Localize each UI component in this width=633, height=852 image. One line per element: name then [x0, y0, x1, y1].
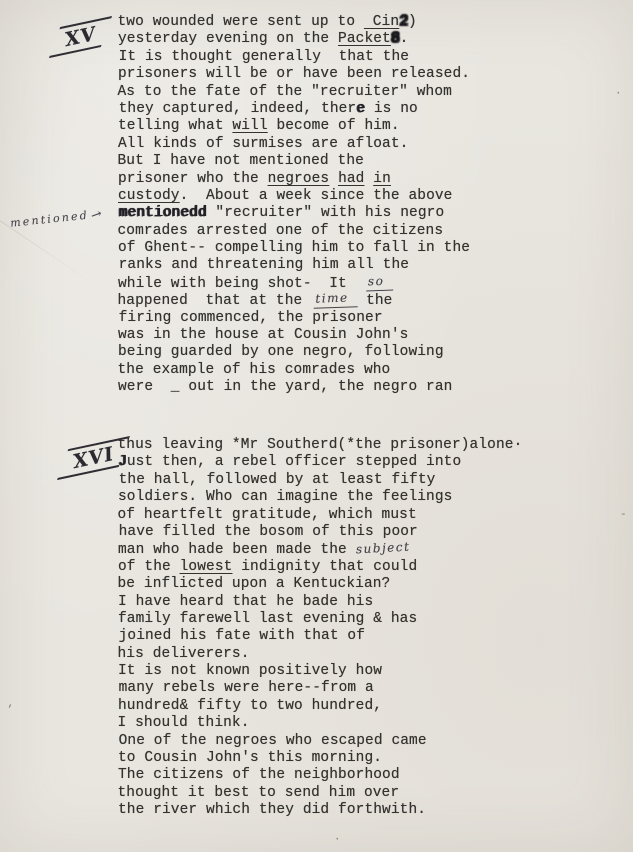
- typed-text: One of the negroes who escaped came: [119, 733, 427, 749]
- typed-line: It is thought generally that the: [119, 49, 471, 66]
- typed-text: his deliverers.: [118, 646, 250, 662]
- typed-line: joined his fate with that of: [119, 628, 524, 645]
- typed-text: thought it best to send him over: [118, 785, 400, 801]
- typed-line: mentionedd "recruiter" with his negro: [119, 205, 471, 222]
- typed-text: the example of his comrades who: [118, 362, 391, 378]
- typed-line: thought it best to send him over: [118, 785, 523, 802]
- typed-text: ranks and threatening him all the: [119, 257, 409, 273]
- typed-text: hundred& fifty to two hundred,: [118, 698, 382, 714]
- typed-text: joined his fate with that of: [119, 628, 365, 644]
- typed-text: were _ out in the yard, the negro ran: [118, 379, 452, 395]
- typed-text: comrades arrested one of the citizens: [118, 223, 444, 239]
- underlined-text: Packet: [338, 31, 391, 47]
- typed-line: being guarded by one negro, following: [118, 344, 470, 361]
- typed-line: the river which they did forthwith.: [118, 802, 523, 819]
- typed-text: telling what: [118, 118, 232, 134]
- overtyped-text: J: [118, 454, 127, 470]
- paper-speck: ·: [334, 835, 341, 846]
- typed-line: custody. About a week since the above: [118, 188, 470, 205]
- typed-text: the: [357, 293, 392, 309]
- handwritten-section-numeral-xv: XV: [49, 16, 113, 58]
- typed-text: to Cousin John's this morning.: [118, 750, 382, 766]
- typed-line: were _ out in the yard, the negro ran: [118, 379, 470, 396]
- overtyped-text: mentionedd: [119, 205, 207, 221]
- typed-text: "recruiter" with his negro: [207, 205, 445, 221]
- typed-text: .: [400, 31, 409, 47]
- typed-text: firing commenced, the prisoner: [119, 310, 383, 326]
- scanned-document-page: XV XVI mentioned→ two wounded were sent …: [0, 0, 633, 852]
- ink-blot: 2: [399, 14, 408, 31]
- typed-text: . About a week since the above: [180, 188, 453, 204]
- typed-text: family farewell last evening & has: [118, 611, 417, 627]
- typed-line: man who hade been made the subject: [118, 541, 523, 558]
- typed-text: It is not known positively how: [118, 663, 382, 679]
- typed-text: I should think.: [118, 715, 250, 731]
- typed-line: comrades arrested one of the citizens: [118, 223, 470, 240]
- typed-paragraph-xvi: thus leaving *Mr Southerd(*the prisoner)…: [118, 437, 523, 820]
- typed-line: All kinds of surmises are afloat.: [118, 136, 470, 153]
- typed-line: It is not known positively how: [118, 663, 523, 680]
- typed-line: But I have not mentioned the: [118, 153, 470, 170]
- typed-text: many rebels were here--from a: [119, 680, 374, 696]
- typed-line: yesterday evening on the Packet8.: [118, 31, 470, 48]
- typed-line: I have heard that he bade his: [118, 594, 523, 611]
- handwritten-word: so: [366, 272, 394, 291]
- typed-line: happened that at the time the: [118, 292, 470, 309]
- paper-speck: ·: [615, 89, 622, 100]
- typed-line: family farewell last evening & has: [118, 611, 523, 628]
- typed-line: telling what will become of him.: [118, 118, 470, 135]
- typed-text: have filled the bosom of this poor: [119, 524, 418, 540]
- typed-text: yesterday evening on the: [118, 31, 338, 47]
- typed-text: prisoners will be or have been released.: [118, 66, 470, 82]
- handwritten-word: time: [313, 289, 358, 309]
- typed-text: soldiers. Who can imagine the feelings: [118, 489, 452, 505]
- typed-text: of the: [118, 559, 180, 575]
- typed-text: thus leaving *Mr Southerd(*the prisoner)…: [118, 437, 514, 453]
- typed-text: is no: [365, 101, 418, 117]
- handwritten-margin-note: mentioned→: [9, 206, 102, 231]
- underlined-text: in: [373, 171, 391, 187]
- typed-line: be inflicted upon a Kentuckian?: [118, 576, 523, 593]
- typed-text: It is thought generally that the: [119, 49, 409, 65]
- underlined-text: will: [232, 118, 267, 134]
- typed-text: become of him.: [268, 118, 400, 134]
- typed-text: [364, 171, 373, 187]
- typed-text: be inflicted upon a Kentuckian?: [118, 576, 391, 592]
- typed-line: hundred& fifty to two hundred,: [118, 698, 523, 715]
- raised-period: .: [514, 434, 523, 451]
- typed-line: firing commenced, the prisoner: [119, 310, 471, 327]
- underlined-text: negroes: [268, 171, 330, 187]
- underlined-text: had: [338, 171, 364, 187]
- numeral-text: XVI: [71, 442, 116, 474]
- typed-text: the river which they did forthwith.: [118, 802, 426, 818]
- typed-line: many rebels were here--from a: [119, 680, 524, 697]
- underlined-text: Cin: [364, 14, 399, 30]
- typed-line: was in the house at Cousin John's: [118, 327, 470, 344]
- typed-text: was in the house at Cousin John's: [118, 327, 408, 343]
- typed-line: the hall, followed by at least fifty: [119, 472, 524, 489]
- typed-text: All kinds of surmises are afloat.: [118, 136, 408, 152]
- typed-line: prisoner who the negroes had in: [118, 171, 470, 188]
- typed-line: Just then, a rebel officer stepped into: [118, 454, 523, 471]
- typed-text: two wounded were sent up to: [118, 14, 364, 30]
- typed-line: ranks and threatening him all the: [119, 257, 471, 274]
- ink-blot: 8: [391, 31, 400, 48]
- typed-line: of heartfelt gratitude, which must: [118, 507, 523, 524]
- typed-text: happened that at the: [118, 293, 312, 309]
- typed-line: to Cousin John's this morning.: [118, 750, 523, 767]
- typed-line: of the lowest indignity that could: [118, 559, 523, 576]
- typed-text: indignity that could: [232, 559, 417, 575]
- typed-line: while with being shot- It so: [118, 275, 470, 292]
- underlined-text: custody: [118, 188, 180, 204]
- underlined-text: lowest: [180, 559, 233, 575]
- typed-line: the example of his comrades who: [118, 362, 470, 379]
- typed-line: As to the fate of the "recruiter" whom: [118, 84, 470, 101]
- typed-line: I should think.: [118, 715, 523, 732]
- typed-line: of Ghent-- compelling him to fall in the: [118, 240, 470, 257]
- typed-text: The citizens of the neighborhood: [118, 767, 400, 783]
- typed-line: two wounded were sent up to Cin2): [118, 14, 470, 31]
- typed-paragraph-xv: two wounded were sent up to Cin2)yesterd…: [118, 14, 470, 397]
- arrow-right-icon: →: [89, 206, 104, 224]
- typed-text: they captured, indeed, ther: [119, 101, 357, 117]
- typed-text: ust then, a rebel officer stepped into: [127, 454, 461, 470]
- typed-text: ): [408, 14, 417, 30]
- typed-text: the hall, followed by at least fifty: [119, 472, 436, 488]
- typed-text: of heartfelt gratitude, which must: [118, 507, 417, 523]
- typed-text: prisoner who the: [118, 171, 268, 187]
- typed-line: One of the negroes who escaped came: [119, 733, 524, 750]
- typed-text: As to the fate of the "recruiter" whom: [118, 84, 452, 100]
- typed-text: of Ghent-- compelling him to fall in the: [118, 240, 470, 256]
- typed-line: prisoners will be or have been released.: [118, 66, 470, 83]
- typed-text: [329, 171, 338, 187]
- typed-line: have filled the bosom of this poor: [119, 524, 524, 541]
- margin-note-text: mentioned: [10, 209, 90, 230]
- numeral-text: XV: [63, 22, 99, 52]
- handwritten-word: subject: [355, 539, 410, 559]
- typed-text: But I have not mentioned the: [118, 153, 364, 169]
- paper-speck: -: [620, 510, 627, 521]
- typed-line: The citizens of the neighborhood: [118, 767, 523, 784]
- typed-text: man who hade been made the: [118, 542, 356, 558]
- paper-speck: ‚: [7, 699, 14, 710]
- typed-line: thus leaving *Mr Southerd(*the prisoner)…: [118, 437, 523, 454]
- typed-line: his deliverers.: [118, 646, 523, 663]
- typed-line: soldiers. Who can imagine the feelings: [118, 489, 523, 506]
- typed-line: they captured, indeed, there is no: [119, 101, 471, 118]
- typed-text: I have heard that he bade his: [118, 594, 373, 610]
- typed-text: being guarded by one negro, following: [118, 344, 444, 360]
